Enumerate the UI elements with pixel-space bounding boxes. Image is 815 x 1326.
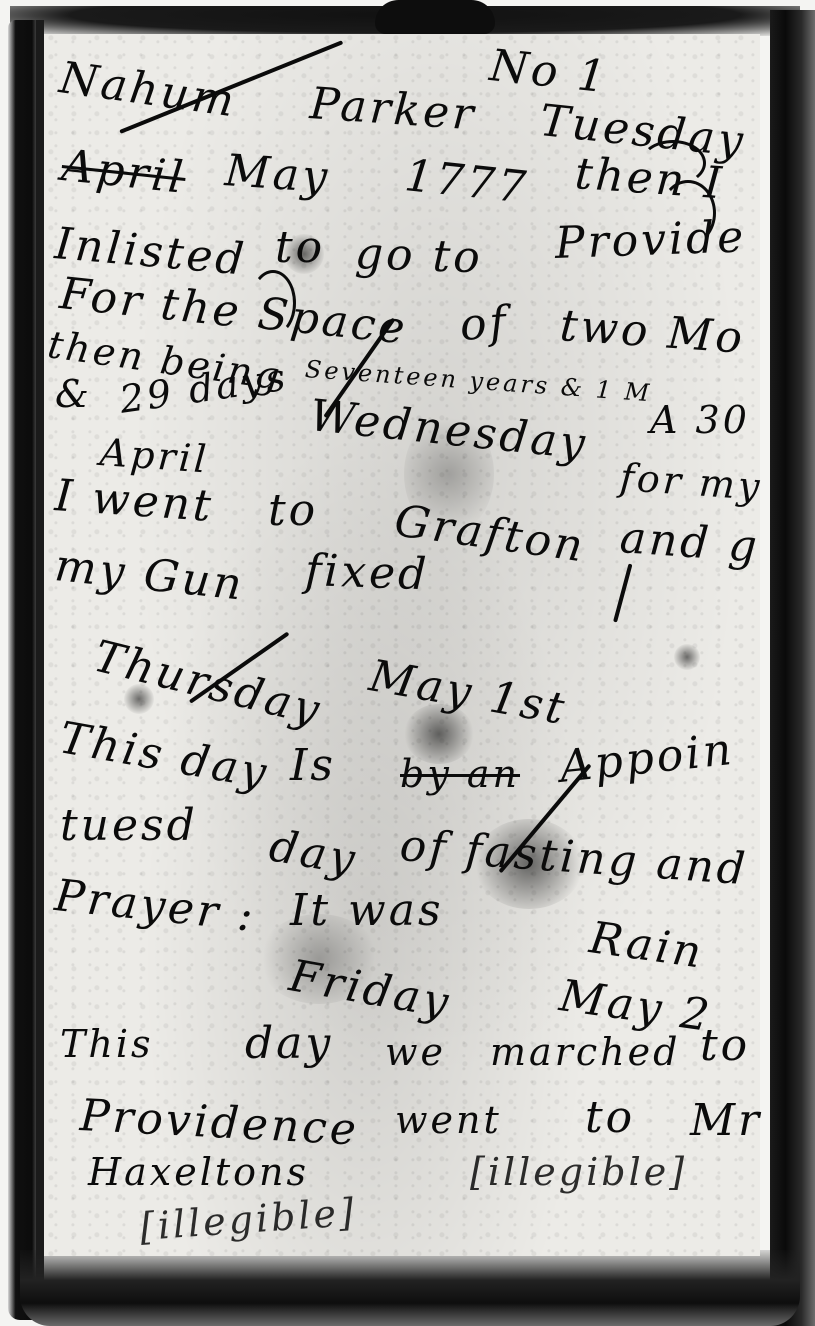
- pen-flourish: [250, 270, 296, 336]
- text-and-got: and g: [618, 512, 761, 573]
- text-date-a30: A 30: [650, 398, 750, 442]
- text-ampersand: &: [55, 372, 92, 416]
- text-to-grafton-prep: to: [268, 485, 318, 536]
- text-went: went: [395, 1098, 502, 1142]
- page-left-edge: [8, 20, 38, 1320]
- page-left-border-line: [36, 20, 44, 1300]
- ink-stain: [674, 644, 700, 670]
- pen-flourish: [660, 180, 716, 246]
- text-of: of: [458, 297, 510, 351]
- text-struck-words: by an: [400, 752, 520, 796]
- text-illegible-1: [illegible]: [470, 1150, 687, 1194]
- text-is: Is: [290, 740, 336, 791]
- text-fixed: fixed: [304, 545, 430, 600]
- text-this: This: [60, 1022, 153, 1066]
- text-day-2: day: [245, 1018, 333, 1069]
- text-we: we: [385, 1030, 446, 1074]
- scanned-page: Nahum Parker No 1 Tuesday April May 1777…: [0, 0, 815, 1326]
- page-bottom-edge: [20, 1250, 800, 1326]
- text-to-2: to: [700, 1020, 750, 1071]
- text-go-to: go to: [354, 228, 484, 283]
- text-month: May: [223, 145, 331, 203]
- text-to-3: to: [585, 1092, 635, 1143]
- binding-clasp: [375, 0, 495, 34]
- page-right-edge: [770, 10, 815, 1326]
- text-tuesd: tuesd: [60, 800, 198, 851]
- pen-flourish: [640, 140, 706, 186]
- text-marched: marched: [490, 1030, 680, 1074]
- text-haxeltons: Haxeltons: [88, 1150, 309, 1194]
- text-it-was: It was: [290, 885, 444, 936]
- text-providence: Provide: [554, 211, 747, 269]
- text-to: to: [275, 222, 325, 273]
- text-mr: Mr: [690, 1095, 762, 1146]
